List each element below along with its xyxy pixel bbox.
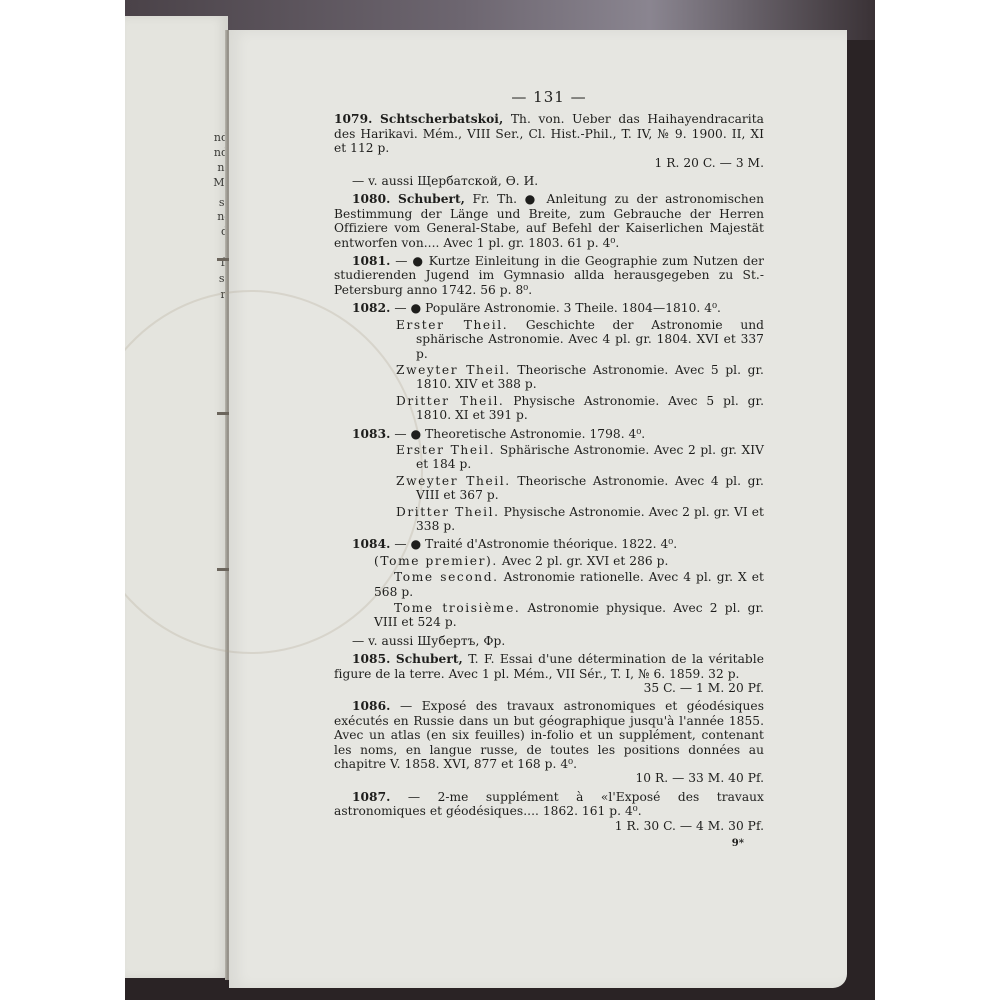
entry-text: — Exposé des travaux astronomiques et gé… — [334, 699, 764, 771]
entry-number: 1086. — [352, 699, 390, 713]
entry-text: — ● Populäre Astronomie. 3 Theile. 1804—… — [394, 301, 721, 315]
entry-part: (Tome premier). Avec 2 pl. gr. XVI et 28… — [334, 554, 764, 568]
entry-part: Zweyter Theil. Theorische Astronomie. Av… — [334, 474, 764, 503]
signature-mark: 9* — [334, 837, 764, 851]
entry-price: 1 R. 20 C. — 3 M. — [334, 156, 764, 170]
entry-1087: 1087. — 2-me supplément à «l'Exposé des … — [334, 790, 764, 833]
part-label: Dritter Theil. — [396, 505, 500, 519]
entry-1082: 1082. — ● Populäre Astronomie. 3 Theile.… — [334, 301, 764, 315]
entry-part: Erster Theil. Sphärische Astronomie. Ave… — [334, 443, 764, 472]
entry-number: 1085. — [352, 652, 390, 666]
entry-1079: 1079. Schtscherbatskoi, Th. von. Ueber d… — [334, 112, 764, 170]
entry-text: — ● Kurtze Einleitung in die Geographie … — [334, 254, 764, 297]
entry-number: 1079. — [334, 112, 372, 126]
part-label: Tome troisième. — [394, 601, 520, 615]
entry-price: 1 R. 30 C. — 4 M. 30 Pf. — [334, 819, 764, 833]
entry-author: Schtscherbatskoi, — [380, 112, 503, 126]
part-text: Avec 2 pl. gr. XVI et 286 p. — [502, 554, 669, 568]
entry-1083: 1083. — ● Theoretische Astronomie. 1798.… — [334, 427, 764, 441]
part-label: Erster Theil. — [396, 318, 508, 332]
entry-1085: 1085. Schubert, T. F. Essai d'une déterm… — [334, 652, 764, 695]
entry-part: Erster Theil. Geschichte der Astronomie … — [334, 318, 764, 361]
right-page: — 131 — 1079. Schtscherbatskoi, Th. von.… — [229, 30, 847, 988]
entry-number: 1081. — [352, 254, 390, 268]
entry-number: 1087. — [352, 790, 390, 804]
entry-number: 1084. — [352, 537, 390, 551]
entry-part: Dritter Theil. Physische Astronomie. Ave… — [334, 505, 764, 534]
part-label: Erster Theil. — [396, 443, 495, 457]
entry-1084: 1084. — ● Traité d'Astronomie théorique.… — [334, 537, 764, 551]
entry-1081: 1081. — ● Kurtze Einleitung in die Geogr… — [334, 254, 764, 297]
entry-author: Schubert, — [398, 192, 465, 206]
entry-number: 1082. — [352, 301, 390, 315]
page-content: — 131 — 1079. Schtscherbatskoi, Th. von.… — [334, 90, 764, 852]
entry-part: Zweyter Theil. Theorische Astronomie. Av… — [334, 363, 764, 392]
entry-number: 1080. — [352, 192, 390, 206]
entry-text: — 2-me supplément à «l'Exposé des travau… — [334, 790, 764, 818]
entry-part: Tome troisième. Astronomie physique. Ave… — [334, 601, 764, 630]
entry-price: 10 R. — 33 M. 40 Pf. — [334, 771, 764, 785]
entry-number: 1083. — [352, 427, 390, 441]
part-label: Zweyter Theil. — [396, 474, 511, 488]
see-also: — v. aussi Шубертъ, Фр. — [334, 634, 764, 648]
see-also: — v. aussi Щербатской, Ѳ. И. — [334, 174, 764, 188]
entry-price: 35 C. — 1 M. 20 Pf. — [334, 681, 764, 695]
entry-part: Tome second. Astronomie rationelle. Avec… — [334, 570, 764, 599]
page-number: — 131 — — [334, 90, 764, 104]
entry-text: — ● Theoretische Astronomie. 1798. 4⁰. — [394, 427, 645, 441]
part-label: Tome second. — [394, 570, 499, 584]
entry-1086: 1086. — Exposé des travaux astronomiques… — [334, 699, 764, 785]
entry-1080: 1080. Schubert, Fr. Th. ● Anleitung zu d… — [334, 192, 764, 250]
entry-part: Dritter Theil. Physische Astronomie. Ave… — [334, 394, 764, 423]
book-photo: nd nd n. M. s. n- d f. s. r, — 131 — 107… — [125, 0, 875, 1000]
part-label: Zweyter Theil. — [396, 363, 511, 377]
part-label: Dritter Theil. — [396, 394, 504, 408]
entry-author: Schubert, — [396, 652, 463, 666]
entry-text: — ● Traité d'Astronomie théorique. 1822.… — [394, 537, 677, 551]
part-label: (Tome premier). — [374, 554, 498, 568]
